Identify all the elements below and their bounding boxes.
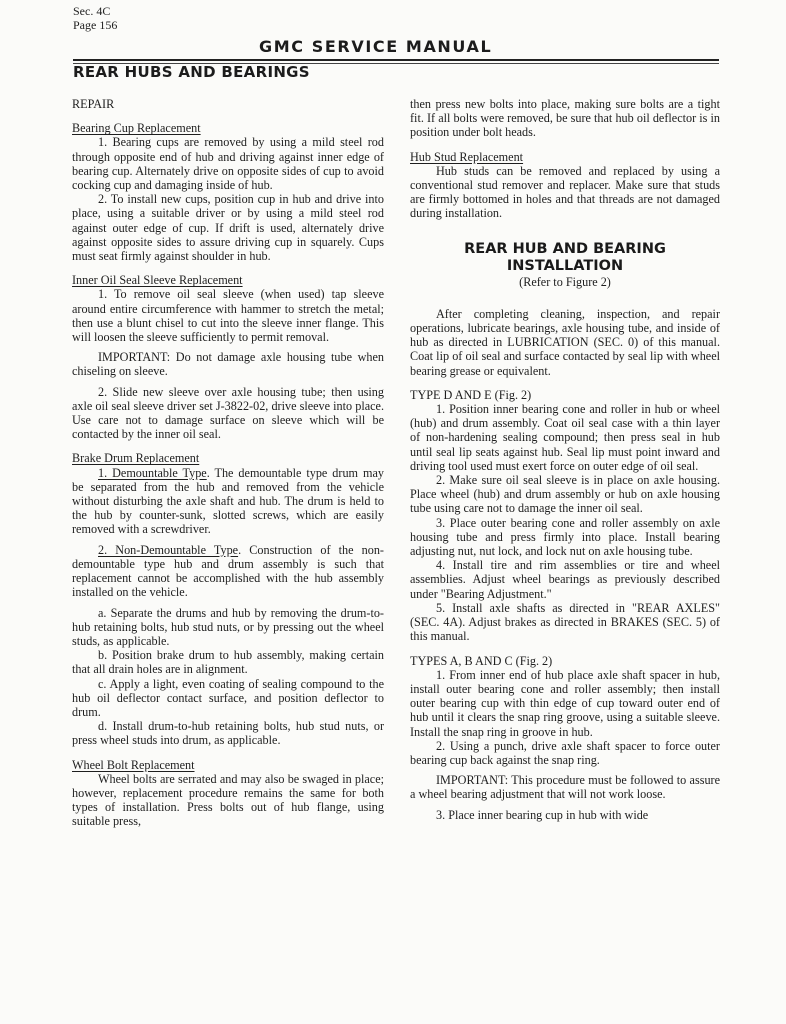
type-abc-step-1: 1. From inner end of hub place axle shaf…: [410, 668, 720, 739]
manual-title: GMC SERVICE MANUAL: [259, 37, 492, 56]
repair-heading: REPAIR: [72, 97, 384, 111]
section-number: Sec. 4C: [73, 4, 117, 18]
bearing-cup-step-1: 1. Bearing cups are removed by using a m…: [72, 135, 384, 192]
brake-drum-step-d: d. Install drum-to-hub retaining bolts, …: [72, 719, 384, 747]
type-de-step-2: 2. Make sure oil seal sleeve is in place…: [410, 473, 720, 516]
wheel-bolt-heading: Wheel Bolt Replacement: [72, 758, 195, 772]
non-demountable-type-label: 2. Non-Demountable Type: [98, 543, 238, 557]
type-de-step-5: 5. Install axle shafts as directed in "R…: [410, 601, 720, 644]
hub-stud-heading: Hub Stud Replacement: [410, 150, 523, 164]
type-abc-step-3: 3. Place inner bearing cup in hub with w…: [410, 808, 720, 822]
type-abc-important: IMPORTANT: This procedure must be follow…: [410, 773, 720, 801]
bearing-cup-heading: Bearing Cup Replacement: [72, 121, 201, 135]
left-column: REPAIR Bearing Cup Replacement 1. Bearin…: [72, 97, 384, 829]
oil-seal-sleeve-step-1: 1. To remove oil seal sleeve (when used)…: [72, 287, 384, 344]
installation-heading-line-2: INSTALLATION: [410, 258, 720, 275]
type-de-step-4: 4. Install tire and rim assemblies or ti…: [410, 558, 720, 601]
page-header: Sec. 4C Page 156 GMC SERVICE MANUAL REAR…: [73, 4, 719, 84]
right-column: then press new bolts into place, making …: [410, 97, 720, 822]
bearing-cup-step-2: 2. To install new cups, position cup in …: [72, 192, 384, 263]
oil-seal-sleeve-step-2: 2. Slide new sleeve over axle housing tu…: [72, 385, 384, 442]
brake-drum-step-a: a. Separate the drums and hub by removin…: [72, 606, 384, 649]
page-number: Page 156: [73, 18, 117, 32]
type-de-heading: TYPE D AND E (Fig. 2): [410, 388, 720, 402]
type-de-step-1: 1. Position inner bearing cone and rolle…: [410, 402, 720, 473]
installation-intro: After completing cleaning, inspection, a…: [410, 307, 720, 378]
type-de-step-3: 3. Place outer bearing cone and roller a…: [410, 516, 720, 559]
installation-figure-ref: (Refer to Figure 2): [410, 275, 720, 289]
type-abc-heading: TYPES A, B AND C (Fig. 2): [410, 654, 720, 668]
section-page-info: Sec. 4C Page 156: [73, 4, 117, 32]
wheel-bolt-text: Wheel bolts are serrated and may also be…: [72, 772, 384, 829]
oil-seal-sleeve-heading: Inner Oil Seal Sleeve Replacement: [72, 273, 243, 287]
wheel-bolt-continued: then press new bolts into place, making …: [410, 97, 720, 140]
brake-drum-demountable: 1. Demountable Type. The demountable typ…: [72, 466, 384, 537]
brake-drum-non-demountable: 2. Non-Demountable Type. Construction of…: [72, 543, 384, 600]
brake-drum-step-b: b. Position brake drum to hub assembly, …: [72, 648, 384, 676]
brake-drum-step-c: c. Apply a light, even coating of sealin…: [72, 677, 384, 720]
oil-seal-sleeve-important: IMPORTANT: Do not damage axle housing tu…: [72, 350, 384, 378]
hub-stud-text: Hub studs can be removed and replaced by…: [410, 164, 720, 221]
installation-heading: REAR HUB AND BEARING INSTALLATION: [410, 241, 720, 275]
type-abc-step-2: 2. Using a punch, drive axle shaft space…: [410, 739, 720, 767]
brake-drum-heading: Brake Drum Replacement: [72, 451, 199, 465]
demountable-type-label: 1. Demountable Type: [98, 466, 207, 480]
installation-heading-line-1: REAR HUB AND BEARING: [410, 241, 720, 258]
section-title: REAR HUBS AND BEARINGS: [73, 63, 310, 81]
